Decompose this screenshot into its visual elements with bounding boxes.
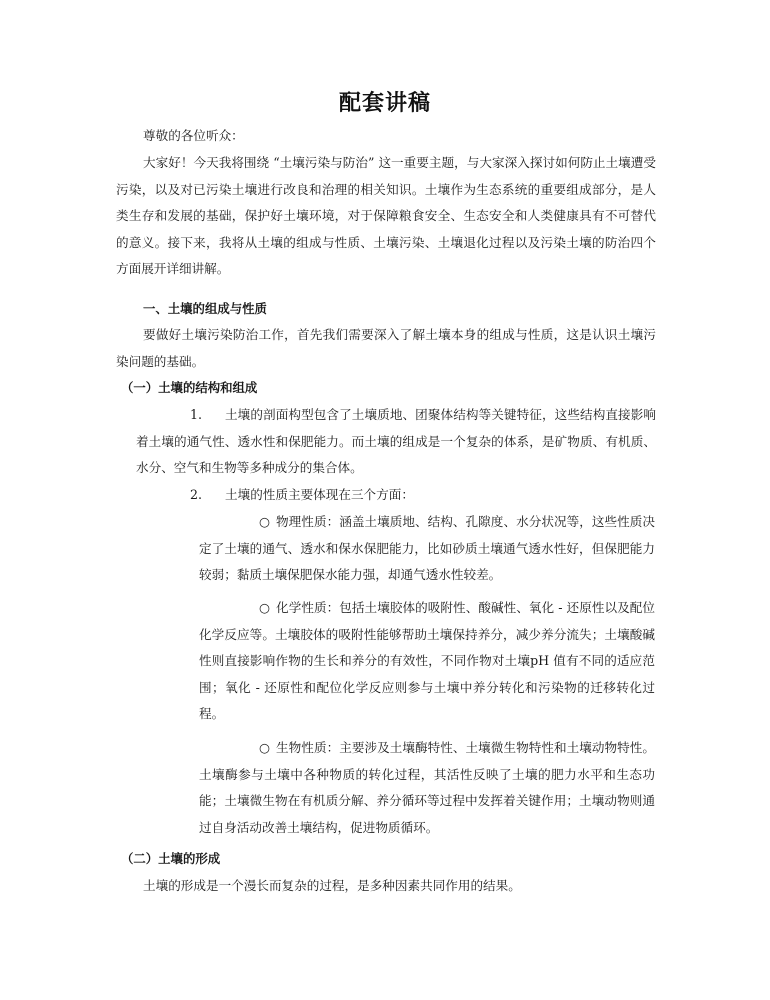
bullet-circle-icon: ○ (229, 735, 270, 762)
list-item-2: 土壤的性质主要体现在三个方面： (136, 482, 656, 509)
bullet-biological: ○生物性质：主要涉及土壤酶特性、土壤微生物特性和土壤动物特性。土壤酶参与土壤中各… (199, 735, 655, 841)
intro-paragraph: 大家好！今天我将围绕 “土壤污染与防治” 这一重要主题，与大家深入探讨如何防止土… (116, 150, 656, 283)
section-1-intro: 要做好土壤污染防治工作，首先我们需要深入了解土壤本身的组成与性质，这是认识土壤污… (116, 322, 656, 375)
bullet-circle-icon: ○ (229, 509, 270, 536)
list-item-1: 土壤的剖面构型包含了土壤质地、团聚体结构等关键特征，这些结构直接影响着土壤的通气… (136, 402, 656, 482)
subsection-2-heading: （二）土壤的形成 (121, 846, 661, 873)
section-1-heading: 一、土壤的组成与性质 (116, 296, 656, 323)
bullet-circle-icon: ○ (229, 595, 270, 622)
document-page: 配套讲稿 尊敬的各位听众： 大家好！今天我将围绕 “土壤污染与防治” 这一重要主… (0, 0, 770, 1000)
page-title: 配套讲稿 (0, 86, 770, 117)
bullet-physical: ○物理性质：涵盖土壤质地、结构、孔隙度、水分状况等，这些性质决定了土壤的通气、透… (199, 509, 655, 589)
subsection-2-text: 土壤的形成是一个漫长而复杂的过程，是多种因素共同作用的结果。 (116, 873, 656, 900)
bullet-chemical: ○化学性质：包括土壤胶体的吸附性、酸碱性、氧化 - 还原性以及配位化学反应等。土… (199, 595, 655, 728)
greeting: 尊敬的各位听众： (116, 123, 656, 150)
subsection-1-heading: （一）土壤的结构和组成 (121, 375, 661, 402)
